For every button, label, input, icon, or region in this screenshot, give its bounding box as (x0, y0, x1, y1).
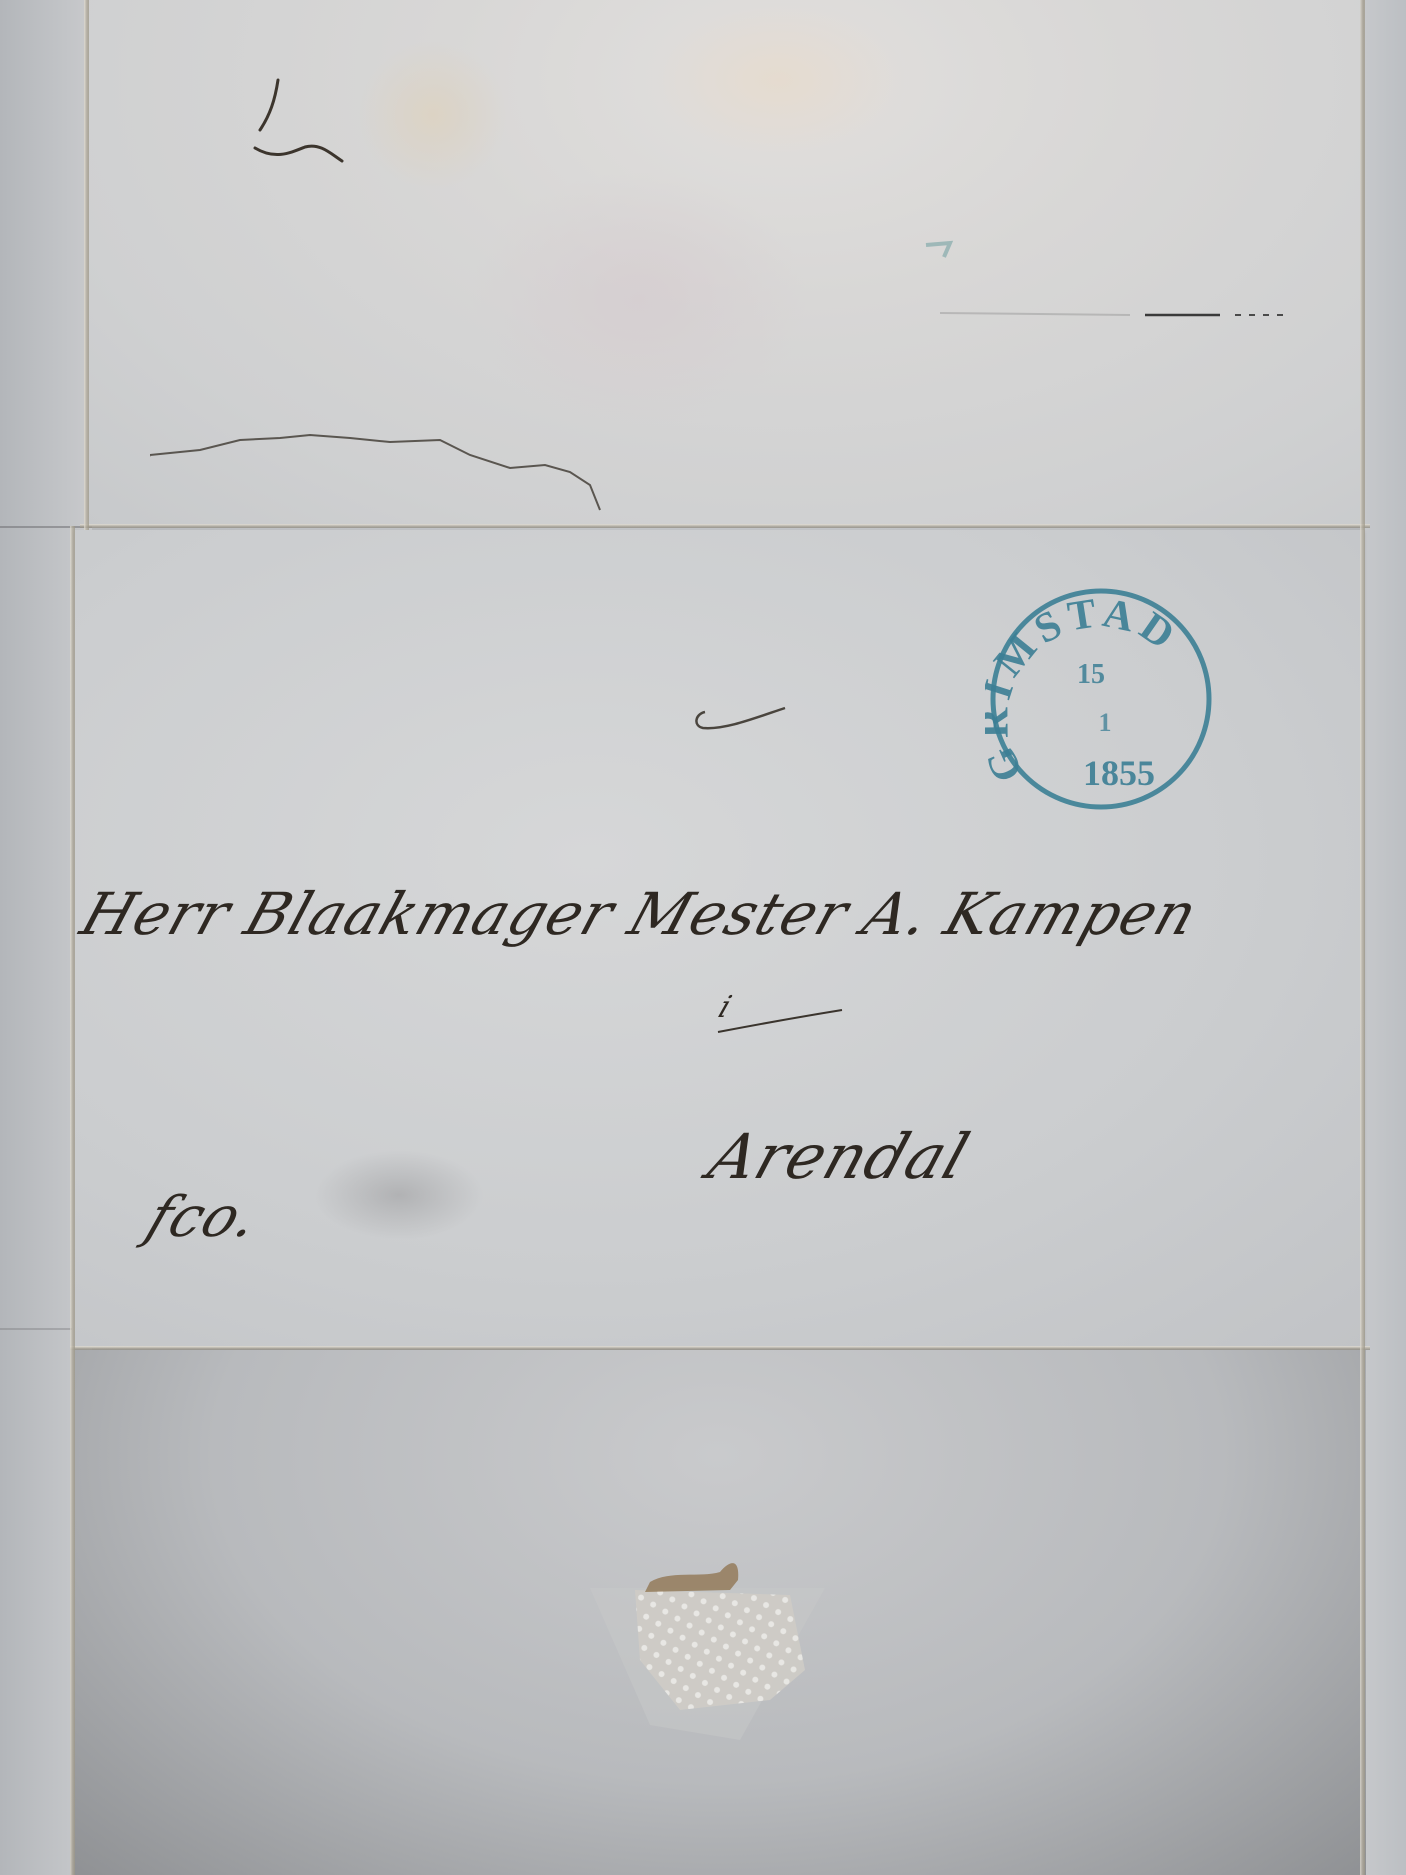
fold-crease-top (80, 524, 1370, 528)
address-town: Arendal (700, 1120, 978, 1193)
fold-crease-left-top (84, 0, 89, 530)
fold-crease-bottom (70, 1346, 1370, 1350)
preposition-underline (710, 1000, 850, 1040)
postmark-year: 1855 (1083, 753, 1155, 793)
pencil-l-mark (245, 75, 355, 175)
pencil-swoosh (685, 700, 795, 740)
wafer-seal (590, 1560, 830, 1750)
faint-marks (920, 235, 1320, 325)
grimstad-postmark: GRIMSTAD 15 1 1855 (985, 583, 1217, 815)
stain (648, 0, 908, 160)
underlying-crease (0, 526, 92, 528)
postmark-month: 1 (1099, 708, 1112, 737)
postmark-day: 15 (1077, 659, 1105, 690)
paper-tear (150, 430, 650, 520)
fold-crease-right (1360, 0, 1365, 1875)
stain (468, 170, 808, 430)
stain (314, 1150, 484, 1240)
fold-crease-left (70, 526, 75, 1875)
underlying-crease (0, 1328, 72, 1330)
underlying-sheet-right (1364, 0, 1406, 1875)
fingerprint-stain (358, 40, 508, 190)
letter-photo: GRIMSTAD 15 1 1855 Herr Blaakmager Meste… (0, 0, 1406, 1875)
address-recipient: Herr Blaakmager Mester A. Kampen (73, 880, 1206, 948)
